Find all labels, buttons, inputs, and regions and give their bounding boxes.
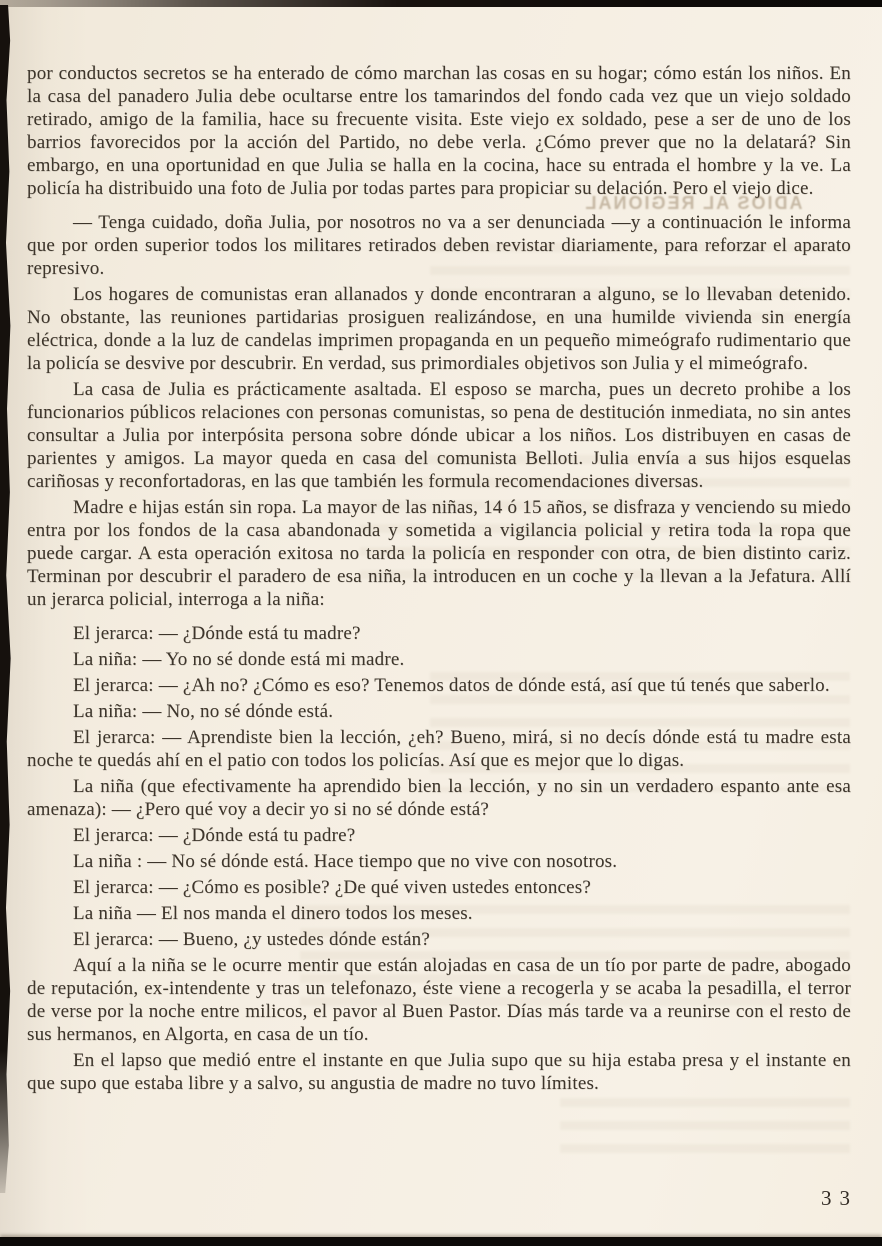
dialogue-line: La niña : — No sé dónde está. Hace tiemp… (27, 850, 851, 873)
dialogue-line: La niña: — Yo no sé donde está mi madre. (27, 648, 851, 671)
scan-top-edge (0, 0, 882, 7)
paragraph: Aquí a la niña se le ocurre mentir que e… (27, 954, 851, 1046)
paragraph: Los hogares de comunistas eran allanados… (27, 283, 851, 375)
dialogue-line: El jerarca: — ¿Cómo es posible? ¿De qué … (27, 876, 851, 899)
dialogue-line: El jerarca: — ¿Dónde está tu madre? (27, 622, 851, 645)
dialogue-line: El jerarca: — Bueno, ¿y ustedes dónde es… (27, 928, 851, 951)
dialogue-line: La niña (que efectivamente ha aprendido … (27, 775, 851, 821)
page-number: 33 (821, 1186, 858, 1211)
text-block: por conductos secretos se ha enterado de… (27, 62, 851, 1095)
dialogue-line: La niña — El nos manda el dinero todos l… (27, 902, 851, 925)
paragraph: En el lapso que medió entre el instante … (27, 1049, 851, 1095)
scan-left-edge (0, 5, 13, 1193)
paragraph: por conductos secretos se ha enterado de… (27, 62, 851, 200)
book-page: ADIOS AL REGIONAL por conductos secretos… (0, 0, 882, 1246)
dialogue-line: La niña: — No, no sé dónde está. (27, 700, 851, 723)
paragraph: — Tenga cuidado, doña Julia, por nosotro… (27, 211, 851, 280)
paragraph: Madre e hijas están sin ropa. La mayor d… (27, 496, 851, 611)
paragraph: La casa de Julia es prácticamente asalta… (27, 378, 851, 493)
bleed-through-smudge (560, 1098, 850, 1158)
dialogue-line: El jerarca: — Aprendiste bien la lección… (27, 726, 851, 772)
dialogue-line: El jerarca: — ¿Dónde está tu padre? (27, 824, 851, 847)
scan-bottom-edge (0, 1237, 882, 1246)
dialogue-line: El jerarca: — ¿Ah no? ¿Cómo es eso? Tene… (27, 674, 851, 697)
